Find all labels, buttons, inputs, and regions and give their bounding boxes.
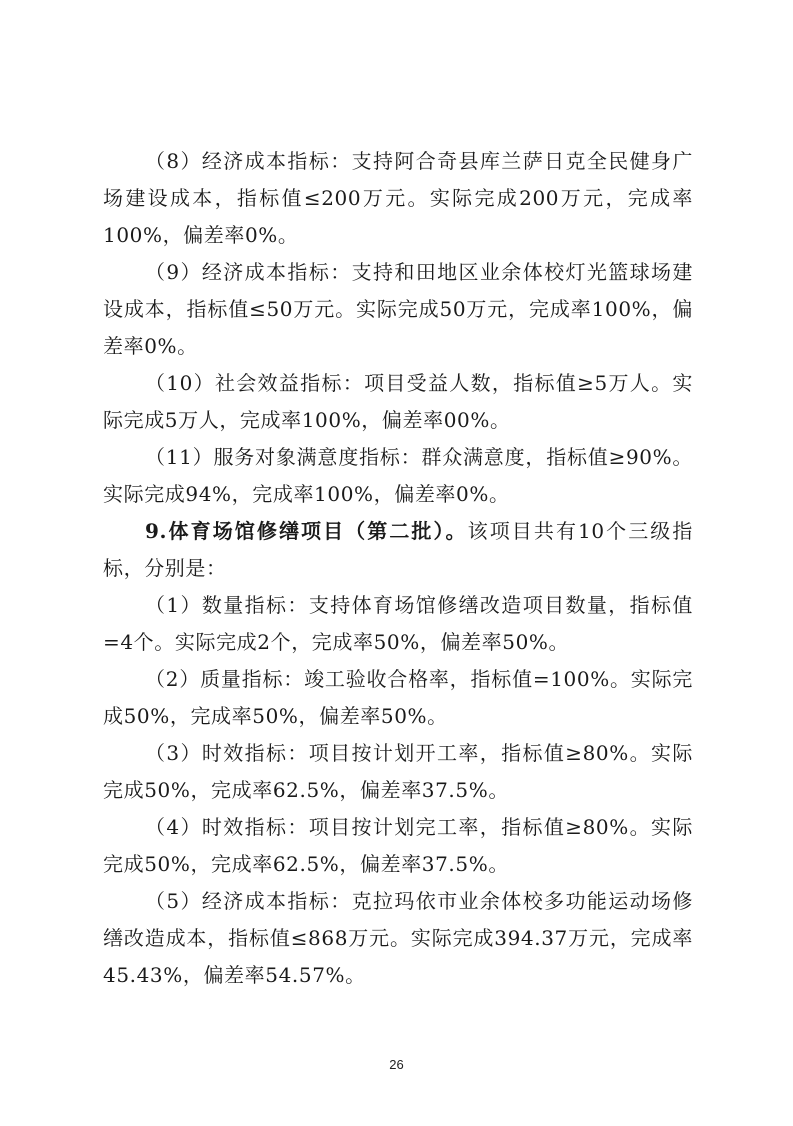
section-item-3: （3）时效指标：项目按计划开工率，指标值≥80%。实际完成50%，完成率62.5… bbox=[103, 735, 693, 809]
section-item-1: （1）数量指标：支持体育场馆修缮改造项目数量，指标值=4个。实际完成2个，完成率… bbox=[103, 587, 693, 661]
section-item-4: （4）时效指标：项目按计划完工率，指标值≥80%。实际完成50%，完成率62.5… bbox=[103, 809, 693, 883]
section-item-5: （5）经济成本指标：克拉玛依市业余体校多功能运动场修缮改造成本，指标值≤868万… bbox=[103, 883, 693, 994]
indicator-item-10: （10）社会效益指标：项目受益人数，指标值≥5万人。实际完成5万人，完成率100… bbox=[103, 365, 693, 439]
indicator-item-9: （9）经济成本指标：支持和田地区业余体校灯光篮球场建设成本，指标值≤50万元。实… bbox=[103, 254, 693, 365]
section-heading-title: 9.体育场馆修缮项目（第二批）。 bbox=[145, 519, 468, 543]
section-item-2: （2）质量指标：竣工验收合格率，指标值=100%。实际完成50%，完成率50%，… bbox=[103, 661, 693, 735]
section-heading-paragraph: 9.体育场馆修缮项目（第二批）。该项目共有10个三级指标，分别是： bbox=[103, 513, 693, 587]
document-body: （8）经济成本指标：支持阿合奇县库兰萨日克全民健身广场建设成本，指标值≤200万… bbox=[103, 143, 693, 994]
indicator-item-8: （8）经济成本指标：支持阿合奇县库兰萨日克全民健身广场建设成本，指标值≤200万… bbox=[103, 143, 693, 254]
indicator-item-11: （11）服务对象满意度指标：群众满意度，指标值≥90%。实际完成94%，完成率1… bbox=[103, 439, 693, 513]
page-number: 26 bbox=[0, 1057, 793, 1072]
